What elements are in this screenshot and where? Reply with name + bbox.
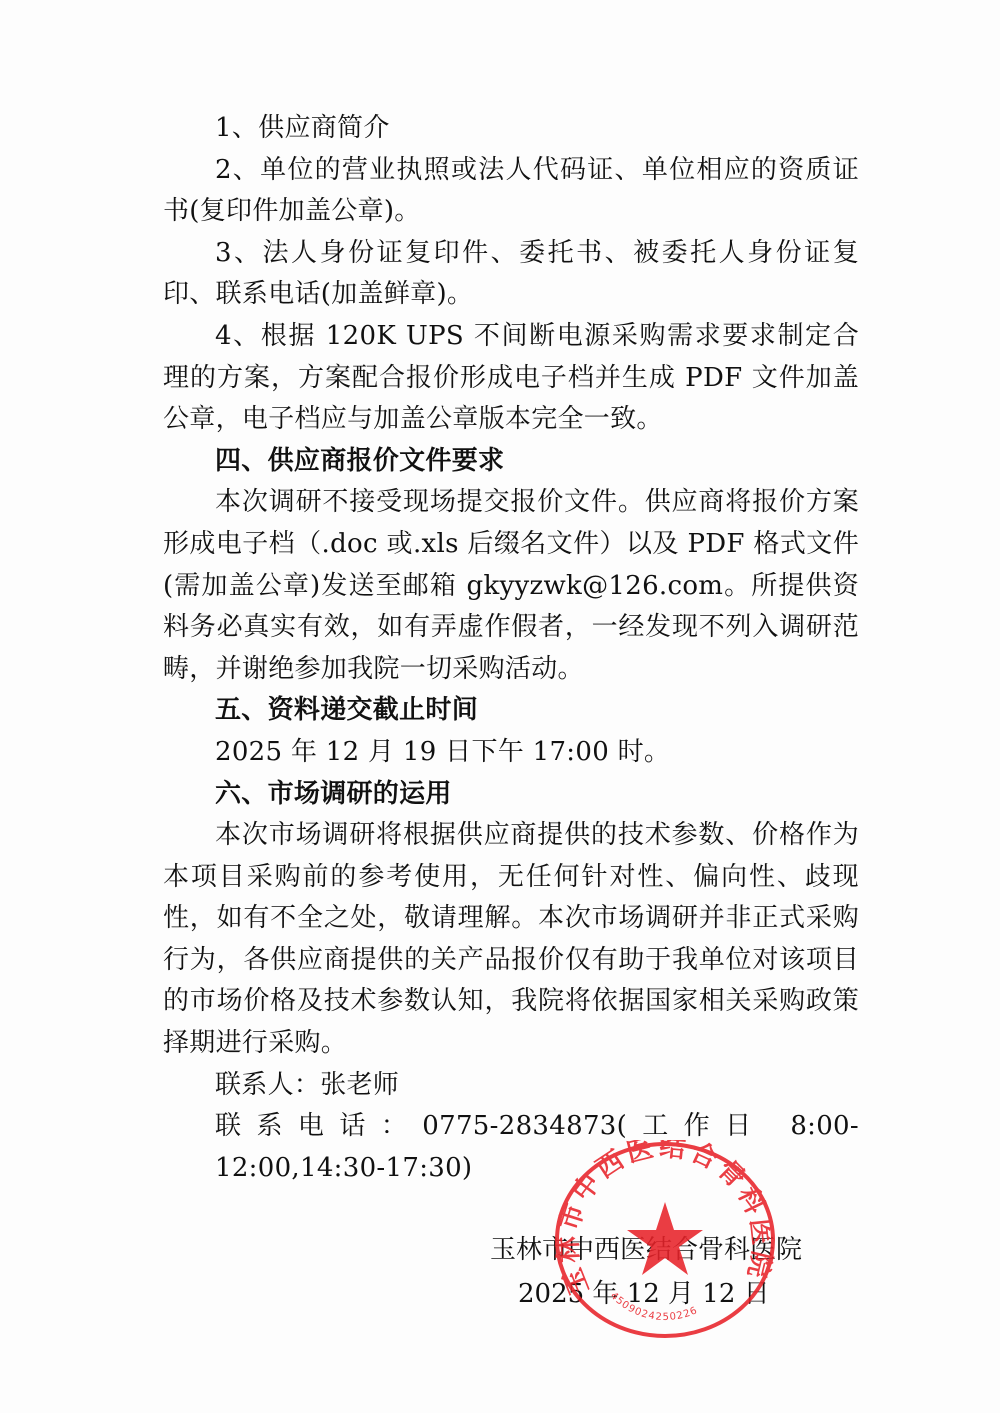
document-body: 1、供应商简介 2、单位的营业执照或法人代码证、单位相应的资质证书(复印件加盖公… [163, 108, 859, 1189]
document-page: 1、供应商简介 2、单位的营业执照或法人代码证、单位相应的资质证书(复印件加盖公… [0, 0, 1000, 1413]
signature-block: 玉林市中西医结合骨科医院 2025 年 12 月 12 日 [490, 1228, 820, 1316]
list-item-2: 2、单位的营业执照或法人代码证、单位相应的资质证书(复印件加盖公章)。 [163, 150, 859, 233]
signature-date: 2025 年 12 月 12 日 [490, 1272, 820, 1316]
section-heading-6: 六、市场调研的运用 [163, 774, 859, 816]
section-heading-4: 四、供应商报价文件要求 [163, 441, 859, 483]
list-item-4: 4、根据 120K UPS 不间断电源采购需求要求制定合理的方案，方案配合报价形… [163, 316, 859, 441]
contact-person: 联系人：张老师 [163, 1065, 859, 1107]
list-item-1: 1、供应商简介 [163, 108, 859, 150]
signature-organization: 玉林市中西医结合骨科医院 [490, 1228, 820, 1272]
contact-phone: 联系电话：0775-2834873(工作日 8:00-12:00,14:30-1… [163, 1106, 859, 1189]
list-item-3: 3、法人身份证复印件、委托书、被委托人身份证复印、联系电话(加盖鲜章)。 [163, 233, 859, 316]
section-body-4: 本次调研不接受现场提交报价文件。供应商将报价方案形成电子档（.doc 或.xls… [163, 482, 859, 690]
section-heading-5: 五、资料递交截止时间 [163, 690, 859, 732]
section-body-6: 本次市场调研将根据供应商提供的技术参数、价格作为本项目采购前的参考使用，无任何针… [163, 815, 859, 1065]
deadline-text: 2025 年 12 月 19 日下午 17:00 时。 [163, 732, 859, 774]
